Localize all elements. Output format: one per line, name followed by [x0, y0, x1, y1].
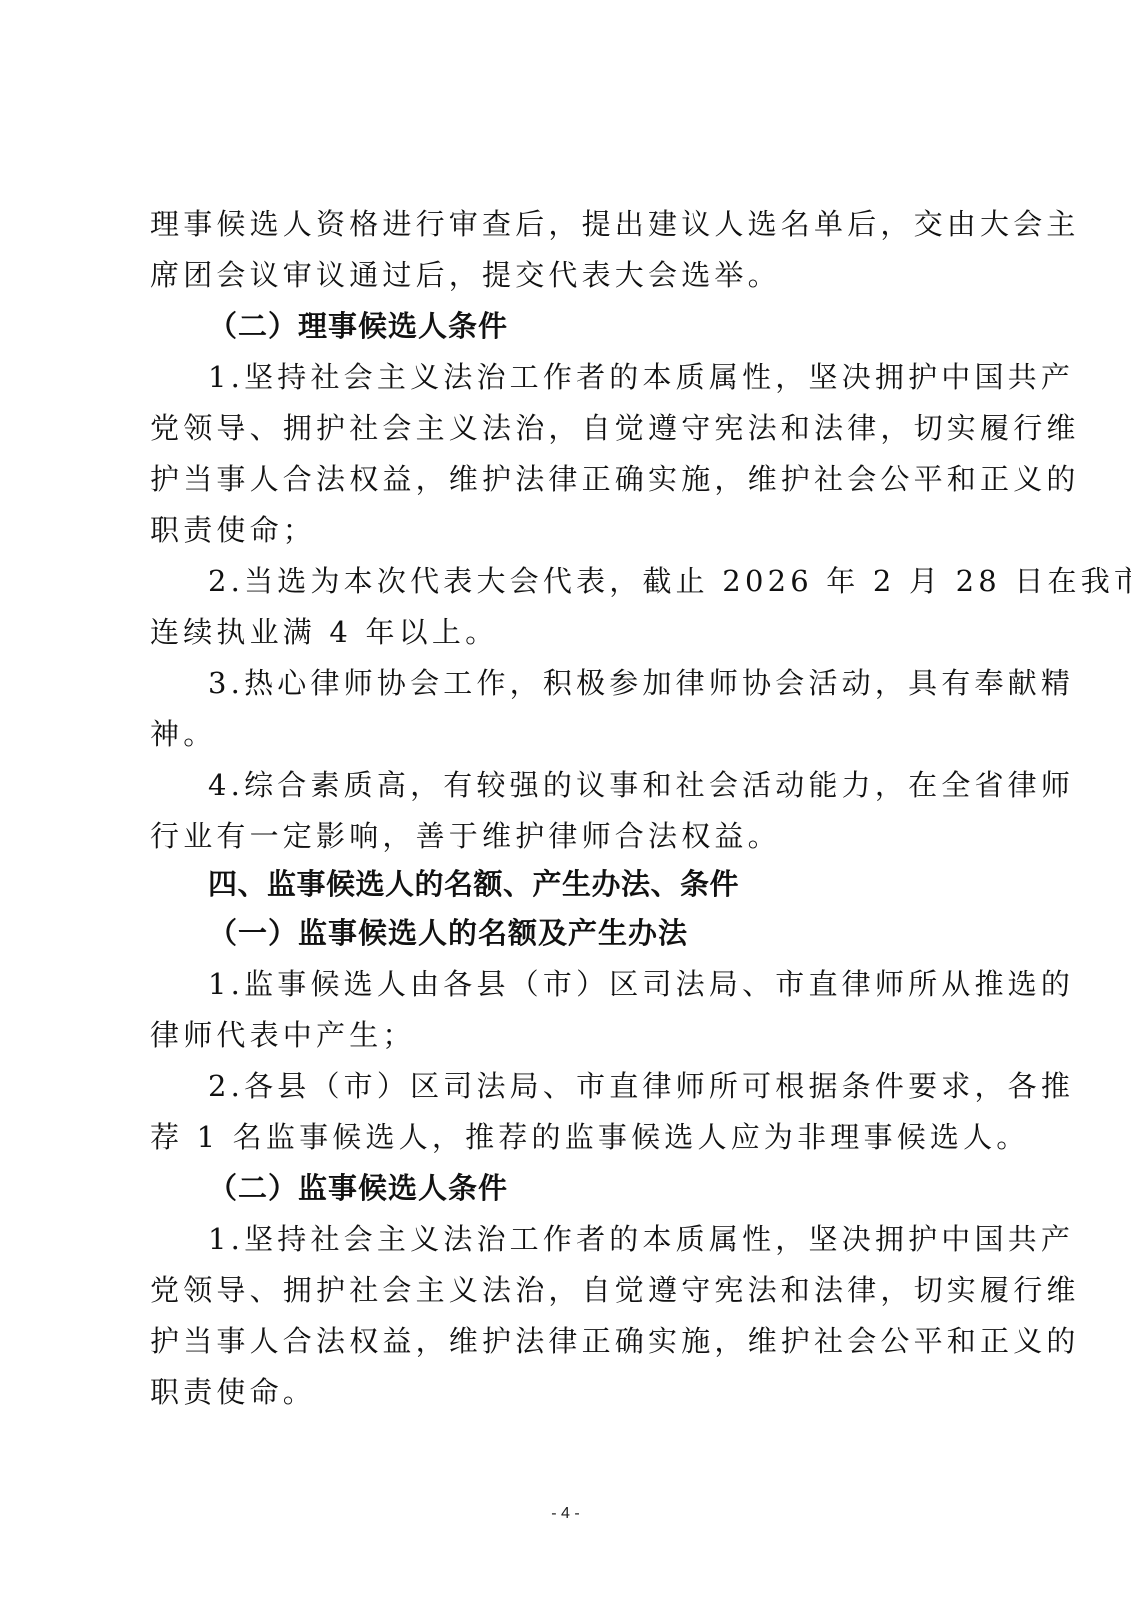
paragraph-line: 护当事人合法权益，维护法律正确实施，维护社会公平和正义的 — [150, 459, 1080, 499]
paragraph-line: 1.监事候选人由各县（市）区司法局、市直律师所从推选的 — [208, 964, 1074, 1004]
paragraph-line: 神。 — [150, 714, 216, 754]
paragraph-line: 党领导、拥护社会主义法治，自觉遵守宪法和法律，切实履行维 — [150, 408, 1080, 448]
paragraph-line: 2.各县（市）区司法局、市直律师所可根据条件要求，各推 — [208, 1066, 1074, 1106]
paragraph-line: 4.综合素质高，有较强的议事和社会活动能力，在全省律师 — [208, 765, 1074, 805]
paragraph-line: 职责使命。 — [150, 1372, 316, 1412]
paragraph-line: 1.坚持社会主义法治工作者的本质属性，坚决拥护中国共产 — [208, 357, 1074, 397]
paragraph-line: 荐 1 名监事候选人，推荐的监事候选人应为非理事候选人。 — [150, 1117, 1030, 1157]
paragraph-line: 连续执业满 4 年以上。 — [150, 612, 498, 652]
paragraph-line: 2.当选为本次代表大会代表，截止 2026 年 2 月 28 日在我市 — [208, 561, 1131, 601]
subheading-director-conditions: （二）理事候选人条件 — [208, 306, 508, 346]
paragraph-line: 护当事人合法权益，维护法律正确实施，维护社会公平和正义的 — [150, 1321, 1080, 1361]
paragraph-line: 席团会议审议通过后，提交代表大会选举。 — [150, 255, 781, 295]
paragraph-line: 1.坚持社会主义法治工作者的本质属性，坚决拥护中国共产 — [208, 1219, 1074, 1259]
paragraph-line: 3.热心律师协会工作，积极参加律师协会活动，具有奉献精 — [208, 663, 1074, 703]
paragraph-line: 律师代表中产生； — [150, 1015, 416, 1055]
paragraph-line: 理事候选人资格进行审查后，提出建议人选名单后，交由大会主 — [150, 204, 1080, 244]
paragraph-line: 职责使命； — [150, 510, 316, 550]
section-heading-supervisors: 四、监事候选人的名额、产生办法、条件 — [208, 864, 739, 904]
subheading-supervisor-quota: （一）监事候选人的名额及产生办法 — [208, 913, 688, 953]
paragraph-line: 行业有一定影响，善于维护律师合法权益。 — [150, 816, 781, 856]
page-number: - 4 - — [0, 1505, 1131, 1523]
paragraph-line: 党领导、拥护社会主义法治，自觉遵守宪法和法律，切实履行维 — [150, 1270, 1080, 1310]
subheading-supervisor-conditions: （二）监事候选人条件 — [208, 1168, 508, 1208]
